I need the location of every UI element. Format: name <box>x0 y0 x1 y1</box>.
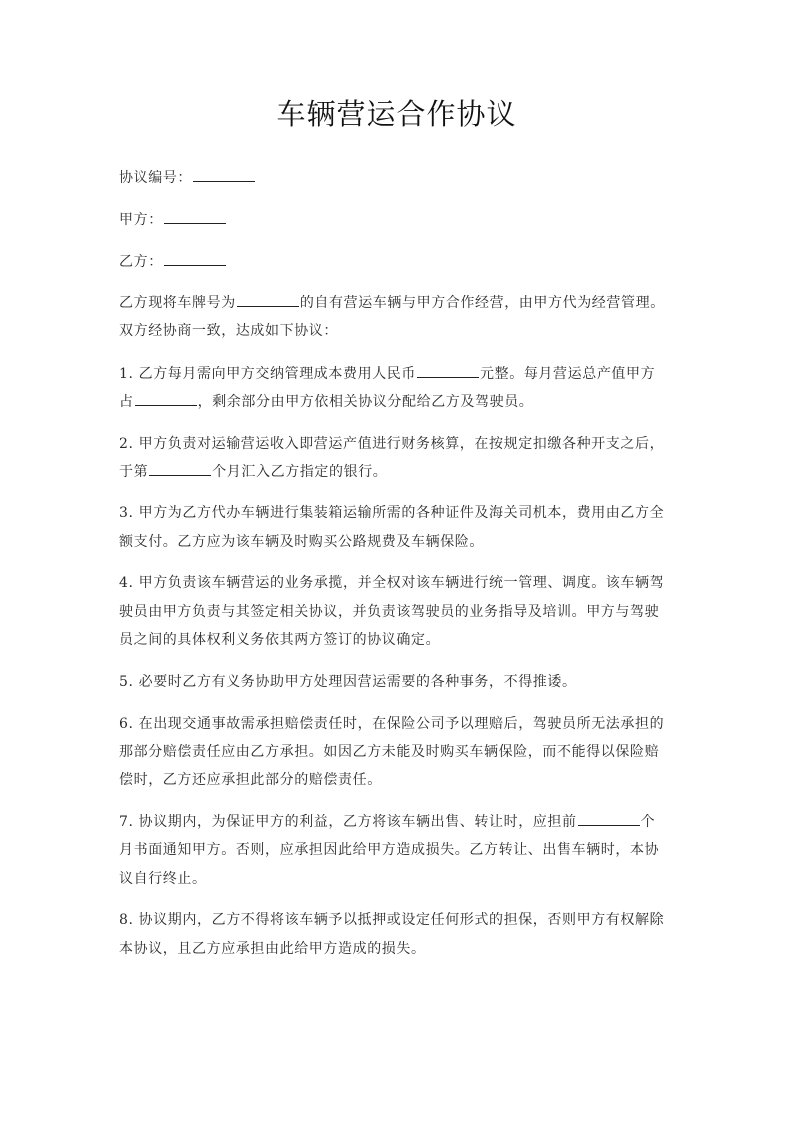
management-fee-blank <box>417 364 479 378</box>
clause-6-line-2: 那部分赔偿责任应由乙方承担。如因乙方未能及时购买车辆保险，而不能得以保险赔 <box>119 742 659 762</box>
party-b-label: 乙方： <box>119 254 163 270</box>
document-title: 车辆营运合作协议 <box>0 92 793 133</box>
document-page: 车辆营运合作协议 协议编号： 甲方： 乙方： 乙方现将车牌号为的自有营运车辆与甲… <box>0 0 793 1122</box>
clause-8-line-1: 8. 协议期内，乙方不得将该车辆予以抵押或设定任何形式的担保，否则甲方有权解除 <box>119 910 664 930</box>
plate-number-blank <box>237 293 299 307</box>
clause-4-line-3: 员之间的具体权利义务依其两方签订的协议确定。 <box>119 630 440 650</box>
clause-text: 个月汇入乙方指定的银行。 <box>212 464 387 480</box>
clause-6-line-3: 偿时，乙方还应承担此部分的赔偿责任。 <box>119 770 382 790</box>
clause-5-line-1: 5. 必要时乙方有义务协助甲方处理因营运需要的各种事务，不得推诿。 <box>119 672 577 692</box>
clause-3-line-1: 3. 甲方为乙方代办车辆进行集装箱运输所需的各种证件及海关司机本，费用由乙方全 <box>119 503 664 523</box>
party-a-blank <box>164 210 226 224</box>
share-percentage-blank <box>135 392 197 406</box>
clause-4-line-1: 4. 甲方负责该车辆营运的业务承揽，并全权对该车辆进行统一管理、调度。该车辆驾 <box>119 573 664 593</box>
clause-text: 元整。每月营运总产值甲方 <box>480 366 655 382</box>
party-b-field: 乙方： <box>119 252 227 272</box>
clause-text: 1. 乙方每月需向甲方交纳管理成本费用人民币 <box>119 366 416 382</box>
clause-7-line-2: 月书面通知甲方。否则，应承担因此给甲方造成损失。乙方转让、出售车辆时，本协 <box>119 840 659 860</box>
party-b-blank <box>164 252 226 266</box>
intro-text: 乙方现将车牌号为 <box>119 295 236 311</box>
agreement-number-label: 协议编号： <box>119 170 192 186</box>
clause-2-line-1: 2. 甲方负责对运输营运收入即营运产值进行财务核算，在按规定扣缴各种开支之后， <box>119 434 664 454</box>
party-a-field: 甲方： <box>119 210 227 230</box>
clause-7-line-3: 议自行终止。 <box>119 869 207 889</box>
clause-3-line-2: 额支付。乙方应为该车辆及时购买公路规费及车辆保险。 <box>119 532 484 552</box>
clause-6-line-1: 6. 在出现交通事故需承担赔偿责任时，在保险公司予以理赔后，驾驶员所无法承担的 <box>119 714 664 734</box>
clause-4-line-2: 驶员由甲方负责与其签定相关协议，并负责该驾驶员的业务指导及培训。甲方与驾驶 <box>119 602 659 622</box>
clause-7-line-1: 7. 协议期内，为保证甲方的利益，乙方将该车辆出售、转让时，应担前个 <box>119 812 655 832</box>
clause-1-line-2: 占，剩余部分由甲方依相关协议分配给乙方及驾驶员。 <box>119 392 533 412</box>
month-number-blank <box>149 462 211 476</box>
agreement-number-field: 协议编号： <box>119 168 256 188</box>
intro-line-1: 乙方现将车牌号为的自有营运车辆与甲方合作经营，由甲方代为经营管理。 <box>119 293 665 313</box>
clause-text: 个 <box>641 814 656 830</box>
clause-text: ，剩余部分由甲方依相关协议分配给乙方及驾驶员。 <box>198 394 534 410</box>
clause-2-line-2: 于第个月汇入乙方指定的银行。 <box>119 462 387 482</box>
intro-text: 的自有营运车辆与甲方合作经营，由甲方代为经营管理。 <box>300 295 665 311</box>
clause-text: 于第 <box>119 464 148 480</box>
clause-text: 7. 协议期内，为保证甲方的利益，乙方将该车辆出售、转让时，应担前 <box>119 814 577 830</box>
clause-text: 占 <box>119 394 134 410</box>
party-a-label: 甲方： <box>119 212 163 228</box>
intro-line-2: 双方经协商一致，达成如下协议： <box>119 321 338 341</box>
clause-8-line-2: 本协议，且乙方应承担由此给甲方造成的损失。 <box>119 939 426 959</box>
notice-months-blank <box>578 812 640 826</box>
clause-1-line-1: 1. 乙方每月需向甲方交纳管理成本费用人民币元整。每月营运总产值甲方 <box>119 364 655 384</box>
agreement-number-blank <box>193 168 255 182</box>
